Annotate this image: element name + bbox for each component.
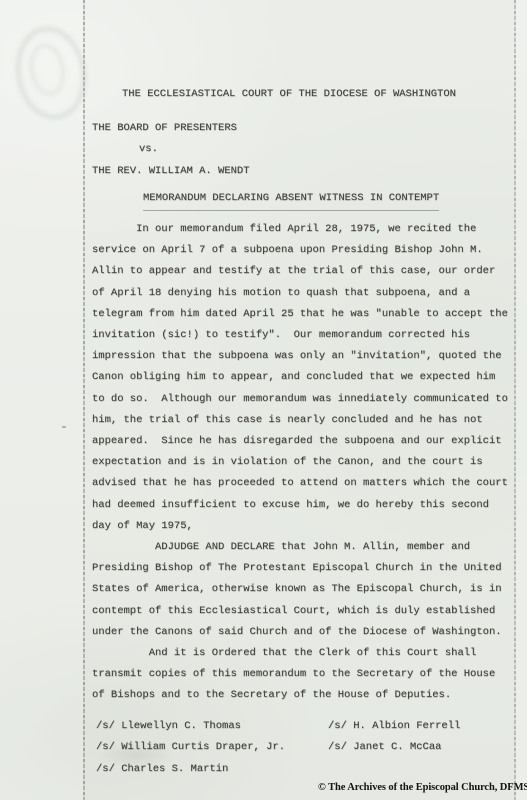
versus-line: vs.: [139, 143, 158, 155]
perforation-line-left: [83, 0, 85, 800]
plaintiff-line: THE BOARD OF PRESENTERS: [92, 122, 237, 134]
signature-ferrell: /s/ H. Albion Ferrell: [328, 720, 460, 732]
embossed-seal-inner-ring: [26, 41, 69, 98]
memo-heading: MEMORANDUM DECLARING ABSENT WITNESS IN C…: [143, 192, 439, 211]
signature-draper: /s/ William Curtis Draper, Jr.: [96, 741, 285, 753]
copyright-notice: © The Archives of the Episcopal Church, …: [318, 781, 527, 794]
signature-mccaa: /s/ Janet C. McCaa: [328, 741, 441, 753]
perforation-line-right: [514, 0, 516, 800]
defendant-line: THE REV. WILLIAM A. WENDT: [92, 165, 250, 177]
ink-speck: [62, 426, 66, 428]
left-margin-strip: [0, 0, 83, 800]
memo-body-text: In our memorandum filed April 28, 1975, …: [92, 219, 508, 707]
court-title: THE ECCLESIASTICAL COURT OF THE DIOCESE …: [122, 88, 456, 100]
scanned-document-page: THE ECCLESIASTICAL COURT OF THE DIOCESE …: [0, 0, 527, 800]
signature-martin: /s/ Charles S. Martin: [96, 763, 228, 775]
right-margin-strip: [516, 0, 527, 800]
signature-thomas: /s/ Llewellyn C. Thomas: [96, 720, 241, 732]
